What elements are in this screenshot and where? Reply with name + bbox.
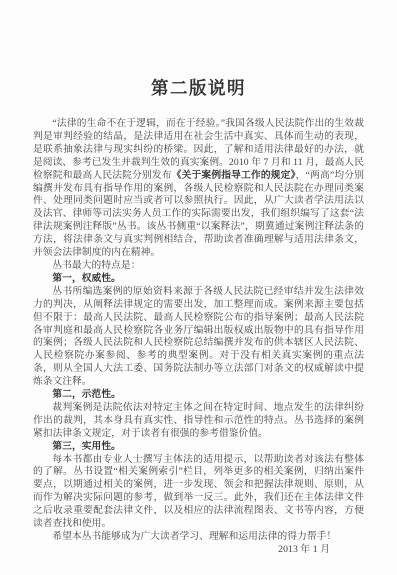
feature-2-body: 裁判案例是法院依法对特定主体之间在特定时间、地点发生的法律纠纷作出的裁判，其本身… — [33, 402, 364, 441]
closing-paragraph: 希望本丛书能够成为广大读者学习、理解和运用法律的得力帮手！ — [33, 531, 364, 544]
book-page: 第二版说明 “法律的生命不在于逻辑，而在于经验。”我国各级人民法院作出的生效裁判… — [0, 0, 397, 575]
feature-1-heading: 第一，权威性。 — [33, 273, 364, 286]
feature-2-heading: 第二，示范性。 — [33, 389, 364, 402]
publication-date: 2013 年 1 月 — [33, 544, 364, 557]
intro-text-after: ，“两高”均分别编撰并发布具有指导作用的案例，各级人民检察院和人民法院在办理同类… — [33, 170, 364, 258]
regulation-title: 《关于案例指导工作的规定》 — [172, 170, 296, 181]
feature-3-body: 每本书都由专业人士撰写主体法的适用提示，以帮助读者对该法有整体的了解。丛书设置“… — [33, 454, 364, 531]
page-title: 第二版说明 — [33, 78, 364, 98]
intro-paragraph: “法律的生命不在于逻辑，而在于经验。”我国各级人民法院作出的生效裁判是审判经验的… — [33, 118, 364, 260]
feature-1-body: 丛书所编选案例的原始资料来源于各级人民法院已经审结并发生法律效力的判决，从阐释法… — [33, 286, 364, 389]
feature-3-heading: 第三，实用性。 — [33, 441, 364, 454]
page-body: “法律的生命不在于逻辑，而在于经验。”我国各级人民法院作出的生效裁判是审判经验的… — [33, 118, 364, 557]
features-lead: 丛书最大的特点是： — [33, 260, 364, 273]
